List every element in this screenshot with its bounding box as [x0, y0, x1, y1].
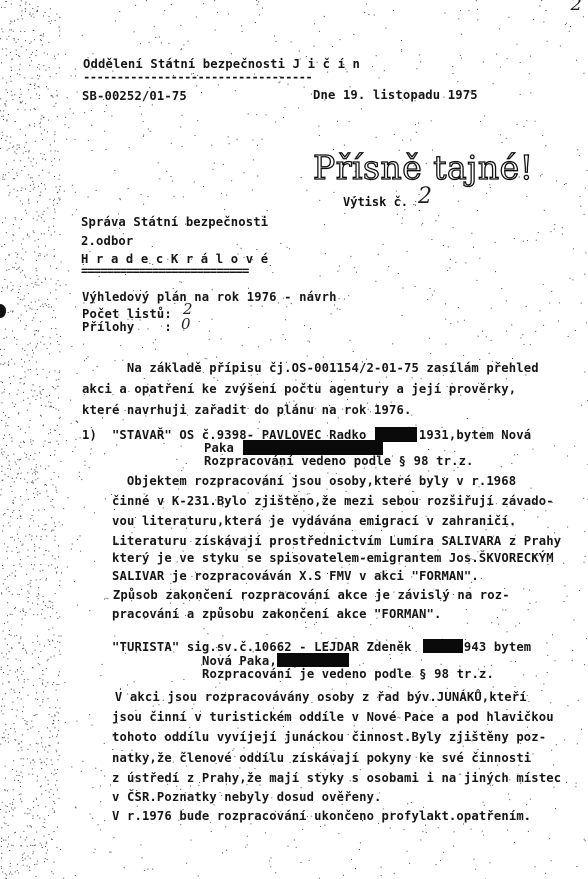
copy-number-handwritten: 2 [418, 184, 432, 209]
item-body-line: v ČSR.Poznatky nebyly dosud ověřeny. [112, 790, 382, 804]
reference-number: SB-00252/01-75 [82, 89, 187, 103]
item-body-line: který je ve styku se spisovatelem-emigra… [112, 551, 554, 565]
copy-label: Výtisk č. [343, 195, 408, 209]
item-sub-line: Nová Paka, [202, 654, 277, 668]
intro-line: akci a opatření ke zvýšení počtu agentur… [82, 382, 516, 396]
item-body-line: jsou činní v turistickém oddíle v Nové P… [112, 710, 554, 724]
classification-stamp: Přísně tajné! [313, 148, 533, 187]
item-sub-line: Rozpracování vedeno podle § 98 tr.z. [204, 454, 474, 468]
attachments-value-handwritten: 0 [181, 315, 191, 333]
addressee-line-1: Správa Státní bezpečnosti [81, 215, 268, 229]
addressee-underline: ========================== [81, 264, 248, 278]
page-number-mark: 2 [571, 0, 582, 15]
attachments-label: Přílohy : [82, 320, 172, 334]
item-body-line: tohoto oddílu vyvíjejí junáckou činnost.… [112, 730, 546, 744]
department-underline: ---------------------------------- [83, 70, 312, 84]
item-body-line: V akci jsou rozpracovávány osoby z řad b… [70, 690, 527, 704]
intro-line: které navrhuji zařadit do plánu na rok 1… [82, 403, 411, 417]
item-body-line: Literaturu získávají prostřednictvím Lum… [112, 534, 561, 548]
item-sub-line: Rozpracování je vedeno podle § 98 tr.z. [202, 667, 494, 681]
subject-title: Výhledový plán na rok 1976 - návrh [82, 290, 337, 304]
redaction-bar [423, 639, 463, 653]
punch-hole-mark [0, 304, 6, 318]
item-body-line: z ústředí z Prahy,že mají styky s osobam… [112, 771, 561, 785]
document-date: Dne 19. listopadu 1975 [313, 88, 478, 102]
item-body-line: natky,že členové oddílu získávají pokyny… [112, 751, 531, 765]
item-body-line: V r.1976 bude rozpracování ukončeno prof… [112, 809, 531, 823]
redaction-bar [243, 440, 383, 455]
addressee-line-2: 2.odbor [81, 234, 133, 248]
intro-line: Na základě přípisu čj.OS-001154/2-01-75 … [82, 361, 539, 375]
item-body-line: činné v K-231.Bylo zjištěno,že mezi sebo… [112, 494, 554, 508]
item-heading: "TURISTA" sig.sv.č.10662 - LEJDAR Zdeněk… [112, 640, 531, 654]
item-sub-line: Paka [204, 441, 234, 455]
department-heading: Oddělení Státní bezpečnosti J i č í n [83, 57, 360, 71]
item-body-line: SALIVAR je rozpracováván X.S FMV v akci … [112, 569, 479, 583]
item-body-line: pracování a způsobu zakončení akce "FORM… [112, 607, 441, 621]
item-body-line: Objektem rozpracování jsou osoby,které b… [82, 474, 516, 488]
item-body-line: vou literaturu,která je vydávána emigrac… [112, 514, 516, 528]
redaction-bar [277, 653, 349, 667]
item-body-line: Způsob zakončení rozpracování akce je zá… [68, 588, 510, 602]
sheets-label: Počet listů: [82, 307, 172, 321]
